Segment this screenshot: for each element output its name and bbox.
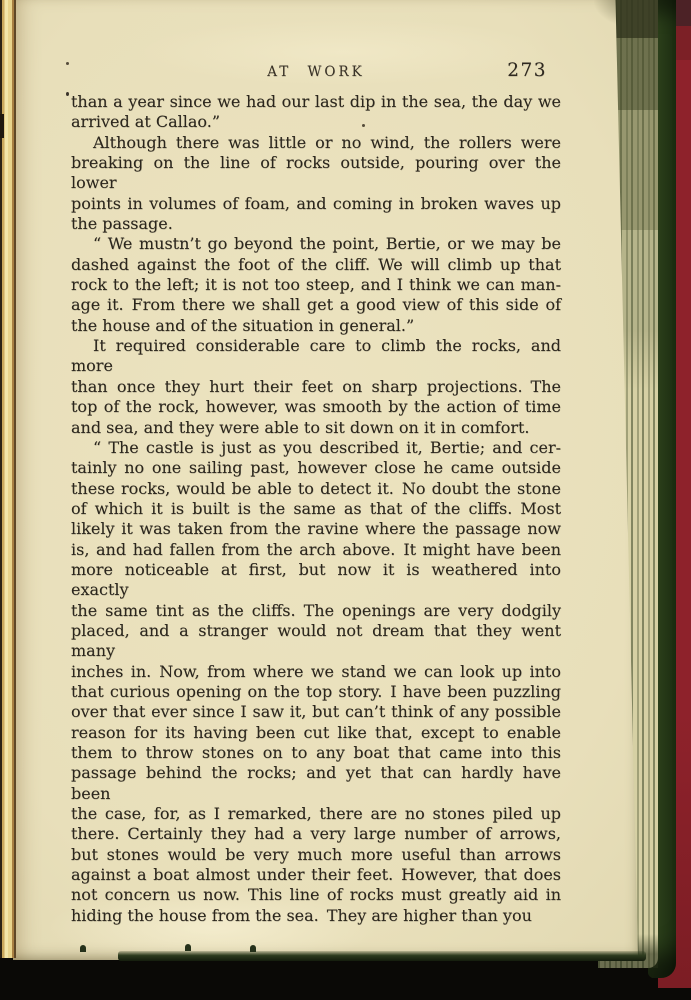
- text-line: the house and of the situation in genera…: [71, 316, 561, 336]
- page-body: than a year since we had our last dip in…: [71, 92, 561, 926]
- text-line: inches in. Now, from where we stand we c…: [71, 662, 561, 682]
- text-line: the case, for, as I remarked, there are …: [71, 804, 561, 824]
- text-line: than once they hurt their feet on sharp …: [71, 377, 561, 397]
- text-line: hiding the house from the sea. They are …: [71, 906, 561, 926]
- text-line: over that ever since I saw it, but can’t…: [71, 702, 561, 722]
- text-line: and sea, and they were able to sit down …: [71, 418, 561, 438]
- ink-speck: [66, 92, 69, 96]
- paragraph: “ The castle is just as you described it…: [71, 438, 561, 926]
- text-line: not concern us now. This line of rocks m…: [71, 885, 561, 905]
- text-line: but stones would be very much more usefu…: [71, 845, 561, 865]
- text-line: dashed against the foot of the cliff. We…: [71, 255, 561, 275]
- bottom-edge-bump: [80, 945, 86, 952]
- text-line: tainly no one sailing past, however clos…: [71, 458, 561, 478]
- text-line: of which it is built is the same as that…: [71, 499, 561, 519]
- text-line: top of the rock, however, was smooth by …: [71, 397, 561, 417]
- running-header: AT WORK 273: [71, 60, 561, 84]
- text-line: passage behind the rocks; and yet that c…: [71, 763, 561, 804]
- text-line: them to throw stones on to any boat that…: [71, 743, 561, 763]
- bottom-edge-bump: [185, 944, 191, 951]
- text-line: arrived at Callao.”: [71, 112, 561, 132]
- ink-speck: [362, 124, 365, 127]
- text-line: “ The castle is just as you described it…: [71, 438, 561, 458]
- left-page-edge: [0, 0, 16, 958]
- page-number: 273: [507, 60, 547, 81]
- text-line: the passage.: [71, 214, 561, 234]
- text-line: these rocks, would be able to detect it.…: [71, 479, 561, 499]
- gutter-ink-mark: [0, 114, 4, 138]
- text-line: there. Certainly they had a very large n…: [71, 824, 561, 844]
- text-line: reason for its having been cut like that…: [71, 723, 561, 743]
- paragraph: It required considerable care to climb t…: [71, 336, 561, 438]
- ink-speck: [66, 62, 69, 65]
- paragraph: Although there was little or no wind, th…: [71, 133, 561, 235]
- text-line: against a boat almost under their feet. …: [71, 865, 561, 885]
- text-line: age it. From there we shall get a good v…: [71, 295, 561, 315]
- text-line: more noticeable at first, but now it is …: [71, 560, 561, 601]
- text-line: Although there was little or no wind, th…: [71, 133, 561, 153]
- book-scan: AT WORK 273 than a year since we had our…: [0, 0, 691, 1000]
- text-line: the same tint as the cliffs. The opening…: [71, 601, 561, 621]
- bottom-page-edge: [118, 951, 646, 961]
- text-line: that curious opening on the top story. I…: [71, 682, 561, 702]
- text-line: is, and had fallen from the arch above. …: [71, 540, 561, 560]
- text-line: points in volumes of foam, and coming in…: [71, 194, 561, 214]
- text-line: “ We mustn’t go beyond the point, Bertie…: [71, 234, 561, 254]
- bottom-edge-bump: [250, 945, 256, 952]
- book-page: AT WORK 273 than a year since we had our…: [13, 0, 638, 960]
- text-line: breaking on the line of rocks outside, p…: [71, 153, 561, 194]
- running-title: AT WORK: [71, 64, 561, 80]
- text-line: placed, and a stranger would not dream t…: [71, 621, 561, 662]
- text-line: likely it was taken from the ravine wher…: [71, 519, 561, 539]
- text-line: than a year since we had our last dip in…: [71, 92, 561, 112]
- paragraph: than a year since we had our last dip in…: [71, 92, 561, 133]
- text-line: It required considerable care to climb t…: [71, 336, 561, 377]
- paragraph: “ We mustn’t go beyond the point, Bertie…: [71, 234, 561, 336]
- text-line: rock to the left; it is not too steep, a…: [71, 275, 561, 295]
